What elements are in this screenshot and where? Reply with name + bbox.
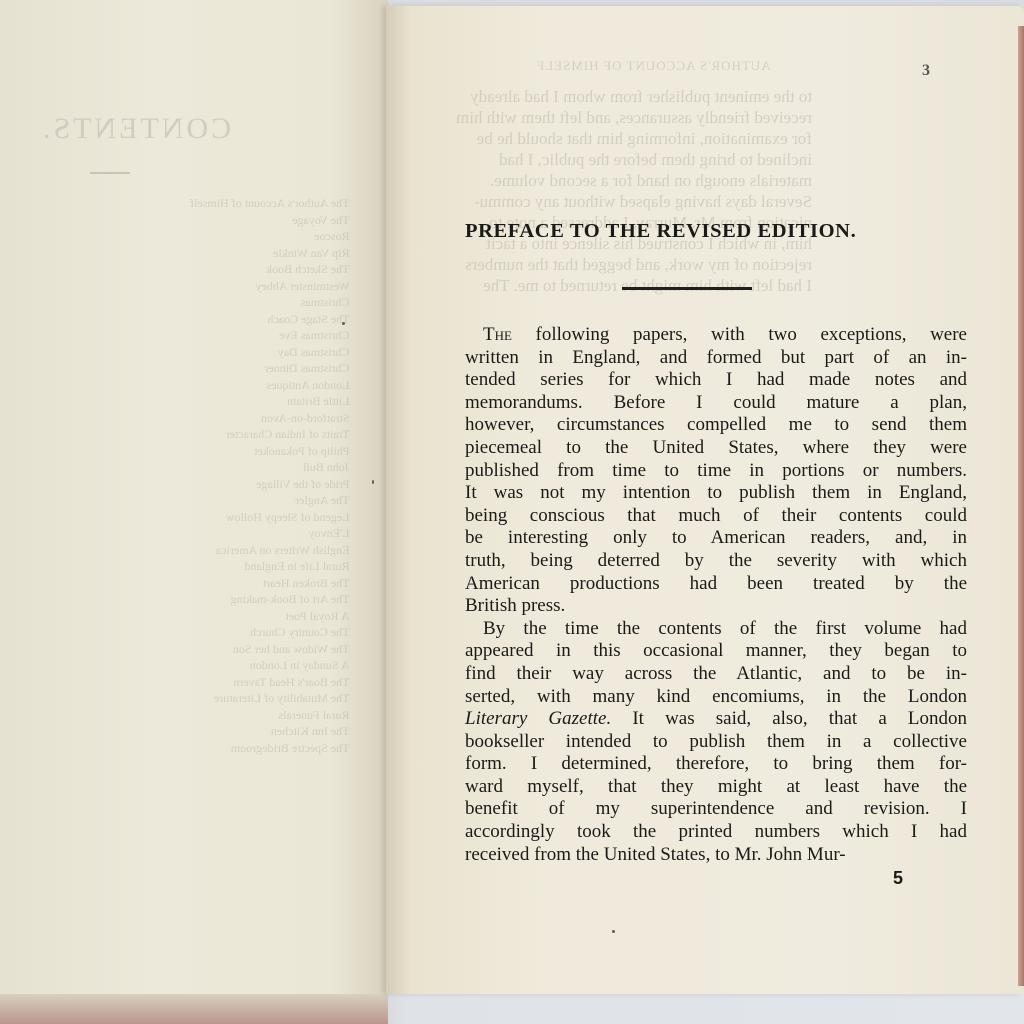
ghost-contents-entry: The Art of Book-making xyxy=(190,591,349,608)
ghost-contents-entry: The Stage Coach xyxy=(190,311,349,328)
text-line: be interesting only to American readers,… xyxy=(465,527,967,550)
text-line: tended series for which I had made notes… xyxy=(465,369,967,392)
text-line: memorandums. Before I could mature a pla… xyxy=(465,392,967,415)
ghost-text-line: received friendly assurances, and left t… xyxy=(456,107,812,128)
ghost-contents-entry: The Mutability of Literature xyxy=(190,690,349,707)
ghost-contents-entry: The Angler xyxy=(190,492,349,509)
text-line: piecemeal to the United States, where th… xyxy=(465,437,967,460)
left-page-ghost-contents: The Author's Account of HimselfThe Voyag… xyxy=(190,195,349,756)
text-line: benefit of my superintendence and revisi… xyxy=(465,798,967,821)
paper-speck xyxy=(612,930,615,933)
preface-body: The following papers, with two exception… xyxy=(465,324,967,866)
ghost-contents-entry: Little Britain xyxy=(190,393,349,410)
text-line: being conscious that much of their conte… xyxy=(465,505,967,528)
ghost-contents-entry: The Spectre Bridegroom xyxy=(190,740,349,757)
ghost-contents-entry: The Sketch Book xyxy=(190,261,349,278)
text-line: ward myself, that they might at least ha… xyxy=(465,776,967,799)
ghost-text-line: to the eminent publisher from whom I had… xyxy=(456,86,812,107)
book-cover-edge xyxy=(0,994,388,1024)
paper-speck xyxy=(342,322,345,325)
paper-speck xyxy=(372,480,374,484)
text-line: accordingly took the printed numbers whi… xyxy=(465,821,967,844)
text-line: It was not my intention to publish them … xyxy=(465,482,967,505)
ghost-contents-entry: John Bull xyxy=(190,459,349,476)
publication-title: Literary Gazette. xyxy=(465,708,611,729)
ghost-contents-entry: The Author's Account of Himself xyxy=(190,195,349,212)
text-line: form. I determined, therefore, to bring … xyxy=(465,753,967,776)
right-page-ghost-running-head: AUTHOR'S ACCOUNT OF HIMSELF xyxy=(536,58,771,74)
ghost-text-line: for examination, informing him that shou… xyxy=(456,128,812,149)
title-rule xyxy=(622,287,752,290)
left-page: CONTENTS. The Author's Account of Himsel… xyxy=(0,0,388,1024)
ghost-contents-entry: Christmas xyxy=(190,294,349,311)
ghost-text-line: materials enough on hand for a second vo… xyxy=(456,170,812,191)
ghost-contents-entry: Rural Life in England xyxy=(190,558,349,575)
ghost-contents-entry: A Sunday in London xyxy=(190,657,349,674)
ghost-contents-entry: The Country Church xyxy=(190,624,349,641)
text-line: American productions had been treated by… xyxy=(465,573,967,596)
lead-word: The xyxy=(483,324,512,345)
text-line: Literary Gazette. It was said, also, tha… xyxy=(465,708,967,731)
text-line: appeared in this occasional manner, they… xyxy=(465,640,967,663)
ghost-contents-entry: The Widow and her Son xyxy=(190,641,349,658)
text-line: truth, being deterred by the severity wi… xyxy=(465,550,967,573)
ghost-text-line: Several days having elapsed without any … xyxy=(456,191,812,212)
ghost-contents-entry: Pride of the Village xyxy=(190,476,349,493)
ghost-contents-entry: L'Envoy xyxy=(190,525,349,542)
ghost-contents-entry: Rural Funerals xyxy=(190,707,349,724)
preface-content: PREFACE TO THE REVISED EDITION. The foll… xyxy=(465,220,967,866)
text-line: received from the United States, to Mr. … xyxy=(465,844,967,867)
ghost-contents-entry: London Antiques xyxy=(190,377,349,394)
text-line: bookseller intended to publish them in a… xyxy=(465,731,967,754)
ghost-contents-entry: The Inn Kitchen xyxy=(190,723,349,740)
ghost-contents-entry: A Royal Poet xyxy=(190,608,349,625)
ghost-contents-entry: The Broken Heart xyxy=(190,575,349,592)
text-line: By the time the contents of the first vo… xyxy=(465,618,967,641)
text-line: The following papers, with two exception… xyxy=(465,324,967,347)
left-page-ghost-rule xyxy=(90,172,130,174)
ghost-contents-entry: Christmas Eve xyxy=(190,327,349,344)
ghost-contents-entry: Stratford-on-Avon xyxy=(190,410,349,427)
text-line: published from time to time in portions … xyxy=(465,460,967,483)
ghost-contents-entry: Roscoe xyxy=(190,228,349,245)
ghost-contents-entry: Philip of Pokanoket xyxy=(190,443,349,460)
ghost-contents-entry: Westminster Abbey xyxy=(190,278,349,295)
ghost-contents-entry: Traits of Indian Character xyxy=(190,426,349,443)
right-page-ghost-page-number: 3 xyxy=(922,62,930,80)
text-line: find their way across the Atlantic, and … xyxy=(465,663,967,686)
ghost-contents-entry: The Voyage xyxy=(190,212,349,229)
ghost-contents-entry: Christmas Dinner xyxy=(190,360,349,377)
ghost-contents-entry: Rip Van Winkle xyxy=(190,245,349,262)
ghost-contents-entry: The Boar's Head Tavern xyxy=(190,674,349,691)
text-line: British press. xyxy=(465,595,967,618)
left-page-ghost-title: CONTENTS. xyxy=(40,112,231,146)
page-title: PREFACE TO THE REVISED EDITION. xyxy=(465,220,967,243)
text-line: however, circumstances compelled me to s… xyxy=(465,414,967,437)
text-line: serted, with many kind encomiums, in the… xyxy=(465,686,967,709)
page-edge xyxy=(1018,26,1024,986)
ghost-contents-entry: Christmas Day xyxy=(190,344,349,361)
text-line: written in England, and formed but part … xyxy=(465,347,967,370)
ghost-text-line: inclined to bring them before the public… xyxy=(456,149,812,170)
ghost-contents-entry: English Writers on America xyxy=(190,542,349,559)
ghost-contents-entry: Legend of Sleepy Hollow xyxy=(190,509,349,526)
page-number: 5 xyxy=(893,868,903,889)
